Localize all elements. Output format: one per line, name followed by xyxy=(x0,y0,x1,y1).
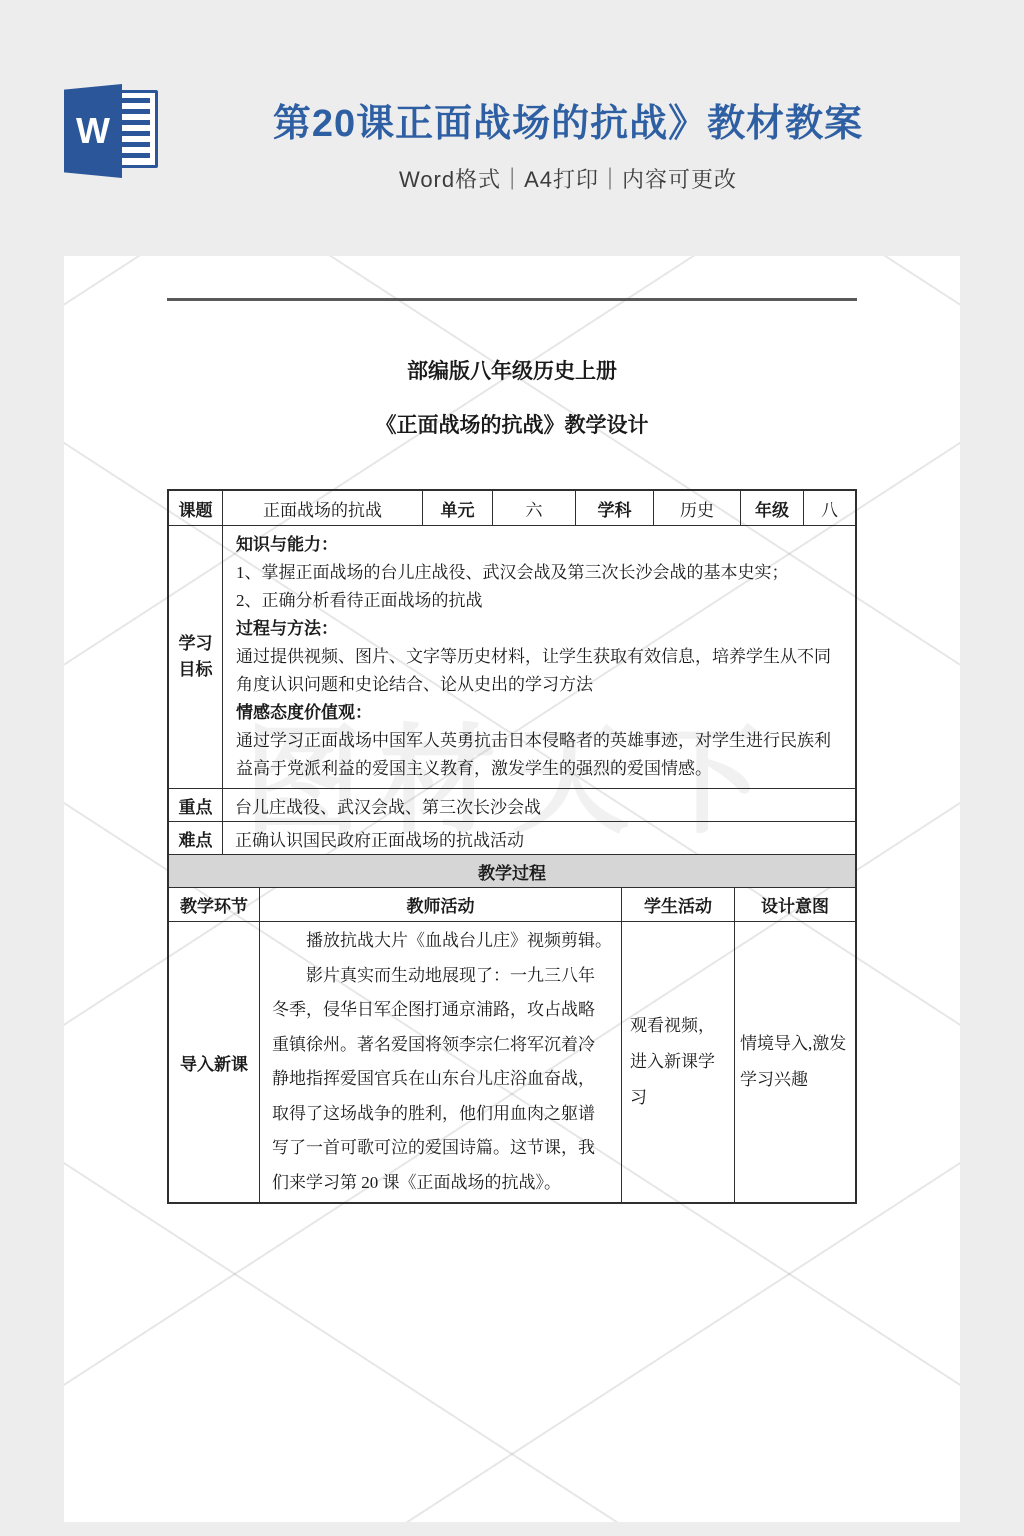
process-banner: 教学过程 xyxy=(169,855,855,887)
document-page: 图材天下 部编版八年级历史上册 《正面战场的抗战》教学设计 课题 正面战场的抗战… xyxy=(64,256,960,1522)
lesson-plan-table: 课题 正面战场的抗战 单元 六 学科 历史 年级 八 学习 目标 知识与能力： … xyxy=(167,489,857,1204)
teacher-activity-line: 播放抗战大片《血战台儿庄》视频剪辑。 xyxy=(272,924,609,959)
objectives-line: 1、掌握正面战场的台儿庄战役、武汉会战及第三次长沙会战的基本史实； xyxy=(236,559,842,587)
table-row-info: 课题 正面战场的抗战 单元 六 学科 历史 年级 八 xyxy=(169,491,855,525)
discipline-label: 学科 xyxy=(575,491,653,525)
objectives-line: 角度认识问题和史论结合、论从史出的学习方法 xyxy=(236,671,842,699)
word-letter-icon: W xyxy=(64,84,122,178)
difficulty-label: 难点 xyxy=(169,822,222,854)
teacher-activity-line: 影片真实而生动地展现了：一九三八年 xyxy=(272,959,609,994)
word-icon: W xyxy=(64,84,158,178)
objectives-heading: 过程与方法： xyxy=(236,615,842,643)
teacher-activity-line: 写了一首可歌可泣的爱国诗篇。这节课，我 xyxy=(272,1131,609,1166)
discipline-value: 历史 xyxy=(653,491,740,525)
header-text: 第20课正面战场的抗战》教材教案 Word格式｜A4打印｜内容可更改 xyxy=(160,92,1024,194)
table-row-key-point: 重点 台儿庄战役、武汉会战、第三次长沙会战 xyxy=(169,788,855,821)
objectives-heading: 知识与能力： xyxy=(236,531,842,559)
design-intent: 情境导入,激发学习兴趣 xyxy=(734,922,855,1202)
unit-label: 单元 xyxy=(422,491,492,525)
table-row-process-banner: 教学过程 xyxy=(169,854,855,887)
student-activity-text: 观看视频，进入新课学习 xyxy=(630,1008,726,1116)
stage-label: 导入新课 xyxy=(169,922,259,1202)
top-rule xyxy=(167,298,857,301)
teacher-activity-line: 冬季，侵华日军企图打通京浦路，攻占战略 xyxy=(272,993,609,1028)
column-header-student: 学生活动 xyxy=(621,888,734,921)
table-row-process-header: 教学环节 教师活动 学生活动 设计意图 xyxy=(169,887,855,921)
student-activity: 观看视频，进入新课学习 xyxy=(621,922,734,1202)
header: W 第20课正面战场的抗战》教材教案 Word格式｜A4打印｜内容可更改 xyxy=(0,0,1024,256)
objectives-line: 益高于党派利益的爱国主义教育，激发学生的强烈的爱国情感。 xyxy=(236,755,842,783)
page-title: 第20课正面战场的抗战》教材教案 xyxy=(160,92,976,147)
key-point-value: 台儿庄战役、武汉会战、第三次长沙会战 xyxy=(222,789,855,821)
objectives-line: 通过提供视频、图片、文字等历史材料，让学生获取有效信息，培养学生从不同 xyxy=(236,643,842,671)
document-preview-screen: W 第20课正面战场的抗战》教材教案 Word格式｜A4打印｜内容可更改 图材天… xyxy=(0,0,1024,1536)
teacher-activity-line: 取得了这场战争的胜利，他们用血肉之躯谱 xyxy=(272,1097,609,1132)
teacher-activity-line: 重镇徐州。著名爱国将领李宗仁将军沉着冷 xyxy=(272,1028,609,1063)
grade-value: 八 xyxy=(803,491,855,525)
grade-label: 年级 xyxy=(740,491,803,525)
table-row-difficulty: 难点 正确认识国民政府正面战场的抗战活动 xyxy=(169,821,855,854)
doc-title-line1: 部编版八年级历史上册 xyxy=(64,355,960,385)
column-header-stage: 教学环节 xyxy=(169,888,259,921)
table-row-objectives: 学习 目标 知识与能力： 1、掌握正面战场的台儿庄战役、武汉会战及第三次长沙会战… xyxy=(169,525,855,788)
objectives-label-line1: 学习 xyxy=(179,631,213,657)
column-header-intent: 设计意图 xyxy=(734,888,855,921)
teacher-activity-line: 们来学习第 20 课《正面战场的抗战》。 xyxy=(272,1166,609,1201)
design-intent-text: 情境导入,激发学习兴趣 xyxy=(740,1026,850,1098)
objectives-content: 知识与能力： 1、掌握正面战场的台儿庄战役、武汉会战及第三次长沙会战的基本史实；… xyxy=(222,526,855,788)
objectives-heading: 情感态度价值观： xyxy=(236,699,842,727)
teacher-activity: 播放抗战大片《血战台儿庄》视频剪辑。 影片真实而生动地展现了：一九三八年 冬季，… xyxy=(259,922,621,1202)
difficulty-value: 正确认识国民政府正面战场的抗战活动 xyxy=(222,822,855,854)
table-row-stage: 导入新课 播放抗战大片《血战台儿庄》视频剪辑。 影片真实而生动地展现了：一九三八… xyxy=(169,921,855,1202)
teacher-activity-line: 静地指挥爱国官兵在山东台儿庄浴血奋战， xyxy=(272,1062,609,1097)
subject-label: 课题 xyxy=(169,491,222,525)
key-point-label: 重点 xyxy=(169,789,222,821)
column-header-teacher: 教师活动 xyxy=(259,888,621,921)
objectives-line: 通过学习正面战场中国军人英勇抗击日本侵略者的英雄事迹，对学生进行民族利 xyxy=(236,727,842,755)
objectives-label-line2: 目标 xyxy=(179,657,213,683)
subject-value: 正面战场的抗战 xyxy=(222,491,422,525)
page-subtitle: Word格式｜A4打印｜内容可更改 xyxy=(160,163,976,194)
objectives-label: 学习 目标 xyxy=(169,526,222,788)
doc-title-line2: 《正面战场的抗战》教学设计 xyxy=(64,409,960,439)
unit-value: 六 xyxy=(492,491,575,525)
objectives-line: 2、正确分析看待正面战场的抗战 xyxy=(236,587,842,615)
